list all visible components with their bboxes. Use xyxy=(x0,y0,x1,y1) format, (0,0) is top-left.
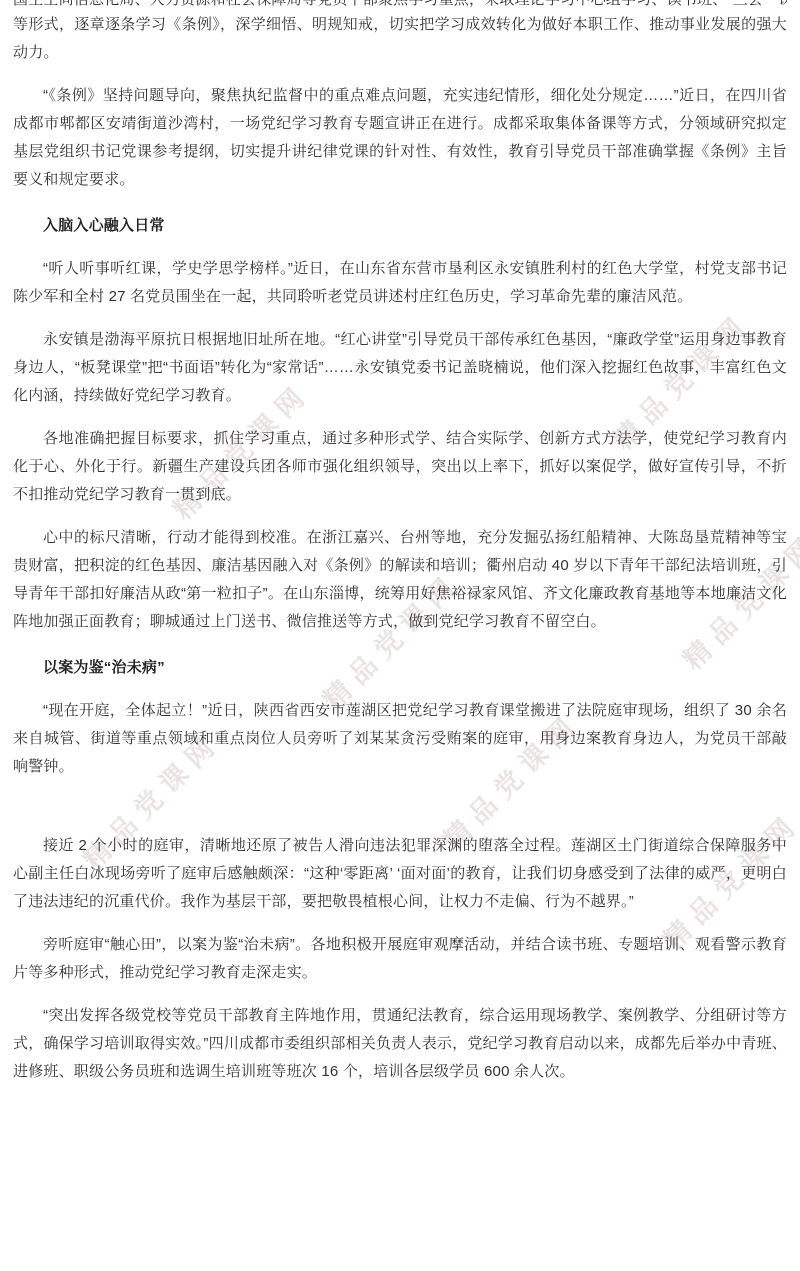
paragraph: 等形式，逐章逐条学习《条例》，深学细悟、明规知戒，切实把学习成效转化为做好本职工… xyxy=(13,11,787,67)
clipped-top-line: 国土空间信息化局、人力资源和社会保障局等党员干部聚焦学习重点，采取理论学习中心组… xyxy=(13,0,787,11)
section-heading: 以案为鉴“治未病” xyxy=(13,654,787,682)
paragraph: 旁听庭审“触心田”，以案为鉴“治未病”。各地积极开展庭审观摩活动，并结合读书班、… xyxy=(13,931,787,987)
paragraph: 永安镇是渤海平原抗日根据地旧址所在地。“红心讲堂”引导党员干部传承红色基因，“廉… xyxy=(13,326,787,410)
paragraph: “突出发挥各级党校等党员干部教育主阵地作用，贯通纪法教育，综合运用现场教学、案例… xyxy=(13,1002,787,1086)
paragraph-text: 国土空间信息化局、人力资源和社会保障局等党员干部聚焦学习重点，采取理论学习中心组… xyxy=(13,0,787,11)
paragraph: 接近 2 个小时的庭审，清晰地还原了被告人滑向违法犯罪深渊的堕落全过程。莲湖区土… xyxy=(13,832,787,916)
paragraph: “现在开庭，全体起立！”近日，陕西省西安市莲湖区把党纪学习教育课堂搬进了法院庭审… xyxy=(13,697,787,781)
section-heading: 入脑入心融入日常 xyxy=(13,212,787,240)
paragraph: “《条例》坚持问题导向，聚焦执纪监督中的重点难点问题，充实违纪情形，细化处分规定… xyxy=(13,82,787,194)
paragraph: “听人听事听红课，学史学思学榜样。”近日，在山东省东营市垦利区永安镇胜利村的红色… xyxy=(13,255,787,311)
article-body: 国土空间信息化局、人力资源和社会保障局等党员干部聚焦学习重点，采取理论学习中心组… xyxy=(0,0,800,1086)
paragraph: 心中的标尺清晰，行动才能得到校准。在浙江嘉兴、台州等地，充分发掘弘扬红船精神、大… xyxy=(13,524,787,636)
blank-line xyxy=(13,796,787,832)
document-page: 精品党课网精品党课网精品党课网精品党课网精品党课网精品党课网精品党课网 国土空间… xyxy=(0,0,800,1271)
paragraph: 各地准确把握目标要求，抓住学习重点，通过多种形式学、结合实际学、创新方式方法学，… xyxy=(13,425,787,509)
